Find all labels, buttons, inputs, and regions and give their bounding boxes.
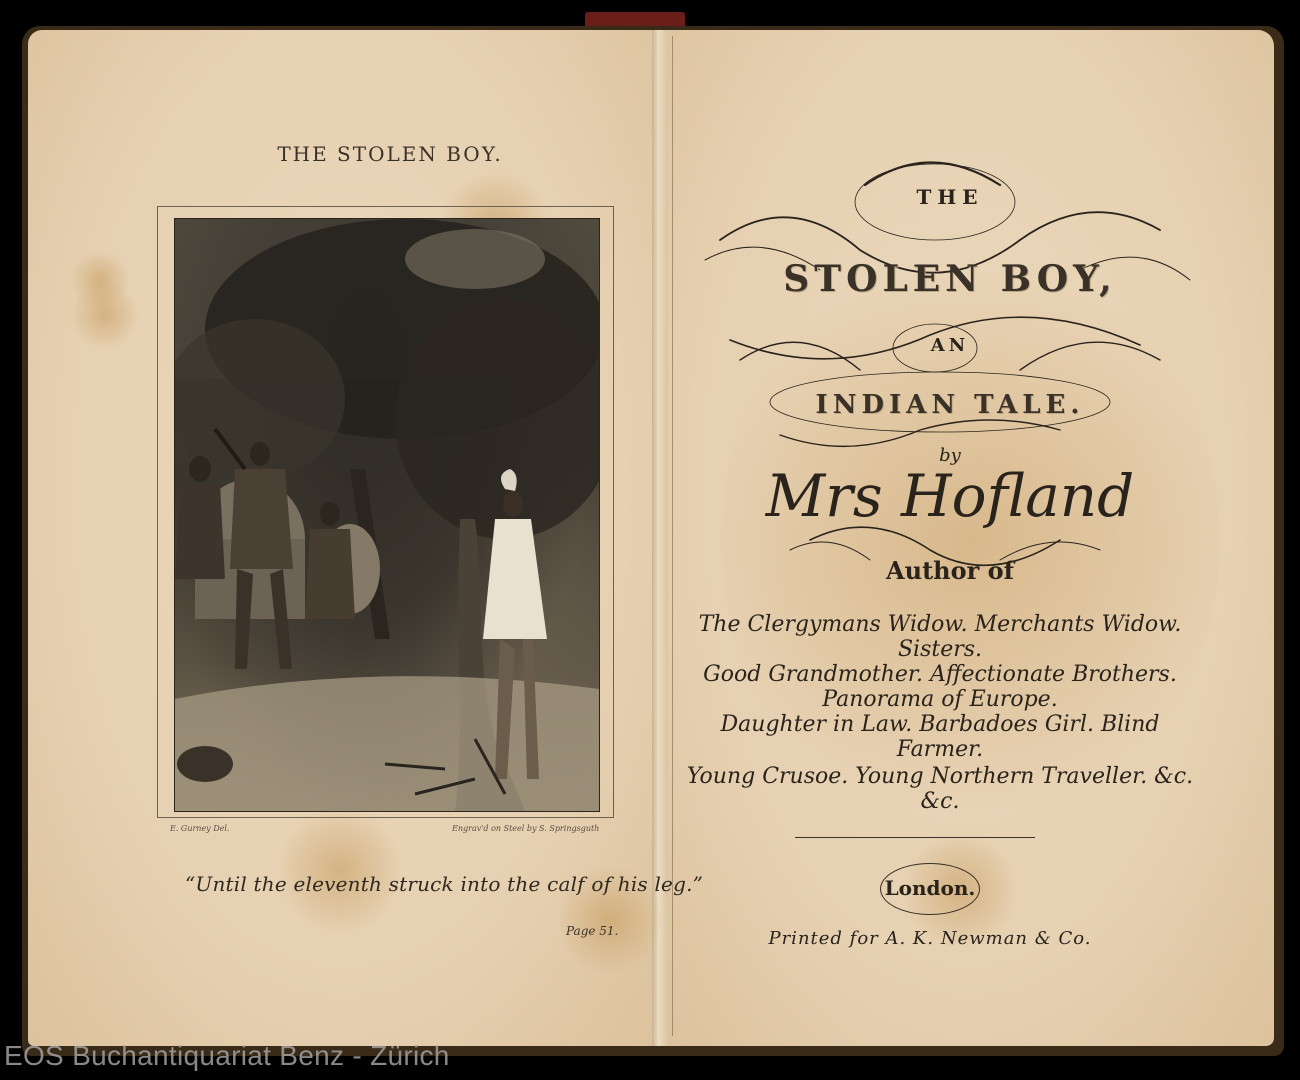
engraving-illustration bbox=[175, 219, 599, 811]
author-of-label: Author of bbox=[800, 556, 1100, 585]
works-line: The Clergymans Widow. Merchants Widow. S… bbox=[680, 612, 1200, 662]
title-the: THE bbox=[700, 185, 1200, 209]
title-an: AN bbox=[700, 335, 1200, 356]
engraving-caption: “Until the eleventh struck into the calf… bbox=[185, 872, 703, 896]
dealer-watermark: EOS Buchantiquariat Benz - Zürich bbox=[4, 1040, 450, 1072]
works-line: Daughter in Law. Barbadoes Girl. Blind F… bbox=[680, 712, 1200, 762]
engraving-credit-engraver: Engrav'd on Steel by S. Springsguth bbox=[452, 824, 599, 833]
title-main: STOLEN BOY, bbox=[700, 258, 1200, 300]
imprint-publisher: Printed for A. K. Newman & Co. bbox=[720, 928, 1140, 949]
imprint-place: London. bbox=[880, 876, 980, 900]
page-reference: Page 51. bbox=[566, 924, 618, 938]
author-name: Mrs Hofland bbox=[720, 462, 1180, 530]
works-line: Young Crusoe. Young Northern Traveller. … bbox=[680, 764, 1200, 814]
engraving-credit-artist: E. Gurney Del. bbox=[170, 824, 230, 833]
title-rule bbox=[795, 837, 1035, 838]
engraving-plate bbox=[174, 218, 600, 812]
title-subtitle: INDIAN TALE. bbox=[700, 390, 1200, 420]
works-line: Good Grandmother. Affectionate Brothers.… bbox=[670, 662, 1210, 712]
frontispiece-heading: THE STOLEN BOY. bbox=[0, 142, 780, 166]
